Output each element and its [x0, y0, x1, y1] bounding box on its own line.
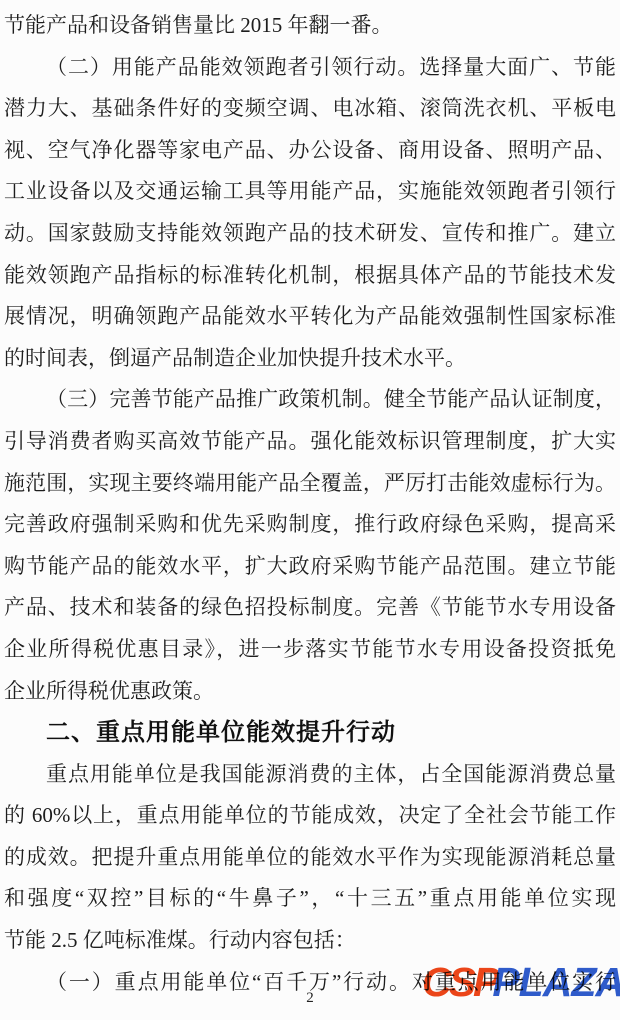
text-line: 的 60%以上，重点用能单位的节能成效，决定了全社会节能工作 — [4, 795, 616, 837]
document-page: 节能产品和设备销售量比 2015 年翻一番。 （二）用能产品能效领跑者引领行动。… — [0, 0, 620, 1020]
text-line: 购节能产品的能效水平，扩大政府采购节能产品范围。建立节能 — [4, 546, 616, 588]
text-line: 重点用能单位是我国能源消费的主体，占全国能源消费总量 — [4, 754, 616, 796]
text-line: 完善政府强制采购和优先采购制度，推行政府绿色采购，提高采 — [4, 504, 616, 546]
text-line: 和强度“双控”目标的“牛鼻子”，“十三五”重点用能单位实现 — [4, 878, 616, 920]
document-text: 节能产品和设备销售量比 2015 年翻一番。 （二）用能产品能效领跑者引领行动。… — [4, 5, 616, 1003]
text-line: 产品、技术和装备的绿色招投标制度。完善《节能节水专用设备 — [4, 587, 616, 629]
text-line: （二）用能产品能效领跑者引领行动。选择量大面广、节能 — [4, 47, 616, 89]
logo-csp-text: CSP — [422, 959, 497, 1005]
text-line: 工业设备以及交通运输工具等用能产品，实施能效领跑者引领行 — [4, 171, 616, 213]
text-line: 视、空气净化器等家电产品、办公设备、商用设备、照明产品、 — [4, 130, 616, 172]
text-line: 的成效。把提升重点用能单位的能效水平作为实现能源消耗总量 — [4, 837, 616, 879]
text-line: 节能 2.5 亿吨标准煤。行动内容包括： — [4, 920, 616, 962]
text-line: 能效领跑产品指标的标准转化机制，根据具体产品的节能技术发 — [4, 255, 616, 297]
text-line: 潜力大、基础条件好的变频空调、电冰箱、滚筒洗衣机、平板电 — [4, 88, 616, 130]
section-heading: 二、重点用能单位能效提升行动 — [4, 712, 616, 754]
logo-plaza-text: PLAZA — [492, 959, 620, 1005]
text-line: 施范围，实现主要终端用能产品全覆盖，严厉打击能效虚标行为。 — [4, 463, 616, 505]
text-line: 展情况，明确领跑产品能效水平转化为产品能效强制性国家标准 — [4, 296, 616, 338]
csp-plaza-watermark-logo: CSPPLAZA — [422, 962, 620, 1003]
text-line: 节能产品和设备销售量比 2015 年翻一番。 — [4, 5, 616, 47]
text-line: （三）完善节能产品推广政策机制。健全节能产品认证制度， — [4, 379, 616, 421]
text-line: 引导消费者购买高效节能产品。强化能效标识管理制度，扩大实 — [4, 421, 616, 463]
text-line: 动。国家鼓励支持能效领跑产品的技术研发、宣传和推广。建立 — [4, 213, 616, 255]
text-line: 的时间表，倒逼产品制造企业加快提升技术水平。 — [4, 338, 616, 380]
text-line: 企业所得税优惠目录》，进一步落实节能节水专用设备投资抵免 — [4, 629, 616, 671]
text-line: 企业所得税优惠政策。 — [4, 671, 616, 713]
